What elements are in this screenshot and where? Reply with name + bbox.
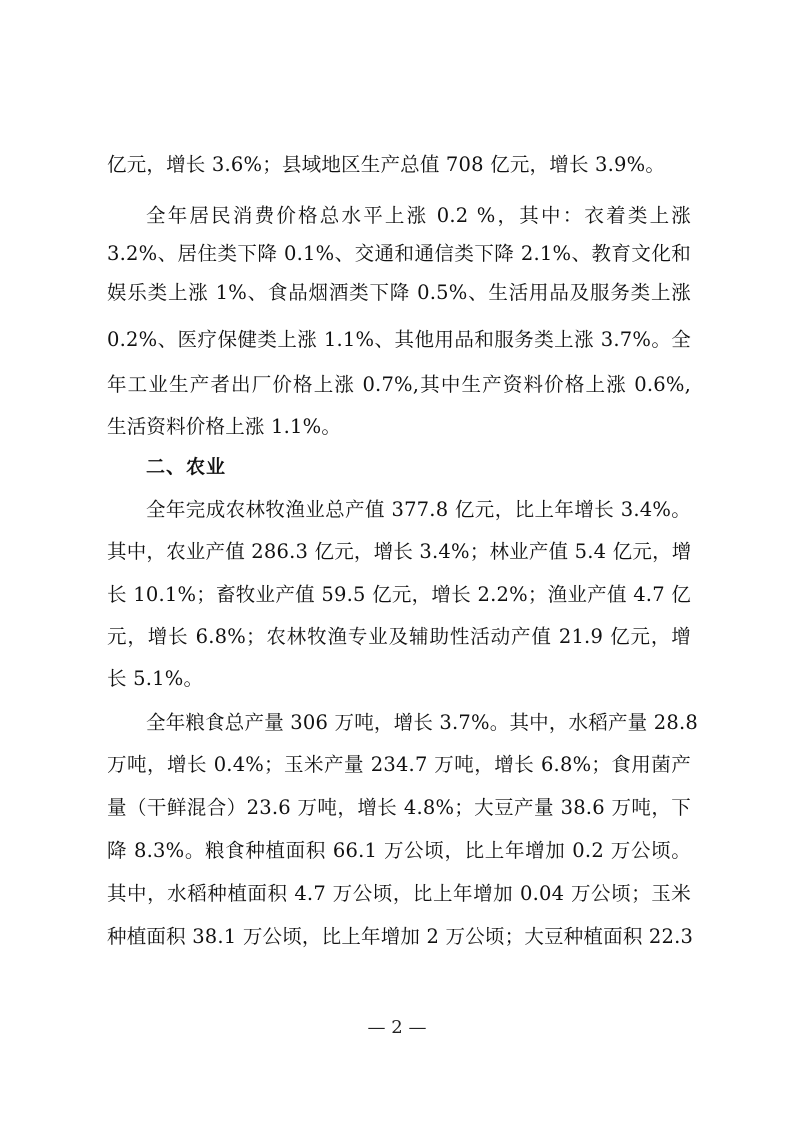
paragraph-line: 全年粮食总产量 306 万吨，增长 3.7%。其中，水稻产量 28.8 [146, 710, 691, 736]
document-page: 亿元，增长 3.6%；县域地区生产总值 708 亿元，增长 3.9%。 全年居民… [0, 0, 794, 1123]
paragraph-line: 生活资料价格上涨 1.1%。 [107, 414, 691, 440]
paragraph-line: 量（干鲜混合）23.6 万吨，增长 4.8%；大豆产量 38.6 万吨，下 [107, 795, 691, 821]
paragraph-line: 其中，农业产值 286.3 亿元，增长 3.4%；林业产值 5.4 亿元，增 [107, 539, 691, 565]
paragraph-line: 0.2%、医疗保健类上涨 1.1%、其他用品和服务类上涨 3.7%。全 [107, 327, 691, 353]
paragraph-line: 元，增长 6.8%；农林牧渔专业及辅助性活动产值 21.9 亿元，增 [107, 624, 691, 650]
paragraph-line: 长 10.1%；畜牧业产值 59.5 亿元，增长 2.2%；渔业产值 4.7 亿 [107, 582, 691, 608]
paragraph-line: 其中，水稻种植面积 4.7 万公顷，比上年增加 0.04 万公顷；玉米 [107, 881, 691, 907]
paragraph-line: 长 5.1%。 [107, 666, 691, 692]
page-number: — 2 — [0, 1016, 794, 1040]
paragraph-line: 年工业生产者出厂价格上涨 0.7%,其中生产资料价格上涨 0.6%, [107, 372, 691, 398]
paragraph-line: 全年居民消费价格总水平上涨 0.2 %，其中：衣着类上涨 [146, 203, 691, 229]
paragraph-line: 全年完成农林牧渔业总产值 377.8 亿元，比上年增长 3.4%。 [146, 497, 691, 523]
paragraph-line: 亿元，增长 3.6%；县域地区生产总值 708 亿元，增长 3.9%。 [107, 152, 691, 178]
paragraph-line: 种植面积 38.1 万公顷，比上年增加 2 万公顷；大豆种植面积 22.3 [107, 924, 691, 950]
paragraph-line: 降 8.3%。粮食种植面积 66.1 万公顷，比上年增加 0.2 万公顷。 [107, 838, 691, 864]
section-heading: 二、农业 [146, 454, 226, 480]
paragraph-line: 娱乐类上涨 1%、食品烟酒类下降 0.5%、生活用品及服务类上涨 [107, 280, 691, 306]
paragraph-line: 万吨，增长 0.4%；玉米产量 234.7 万吨，增长 6.8%；食用菌产 [107, 752, 691, 778]
paragraph-line: 3.2%、居住类下降 0.1%、交通和通信类下降 2.1%、教育文化和 [107, 241, 691, 267]
